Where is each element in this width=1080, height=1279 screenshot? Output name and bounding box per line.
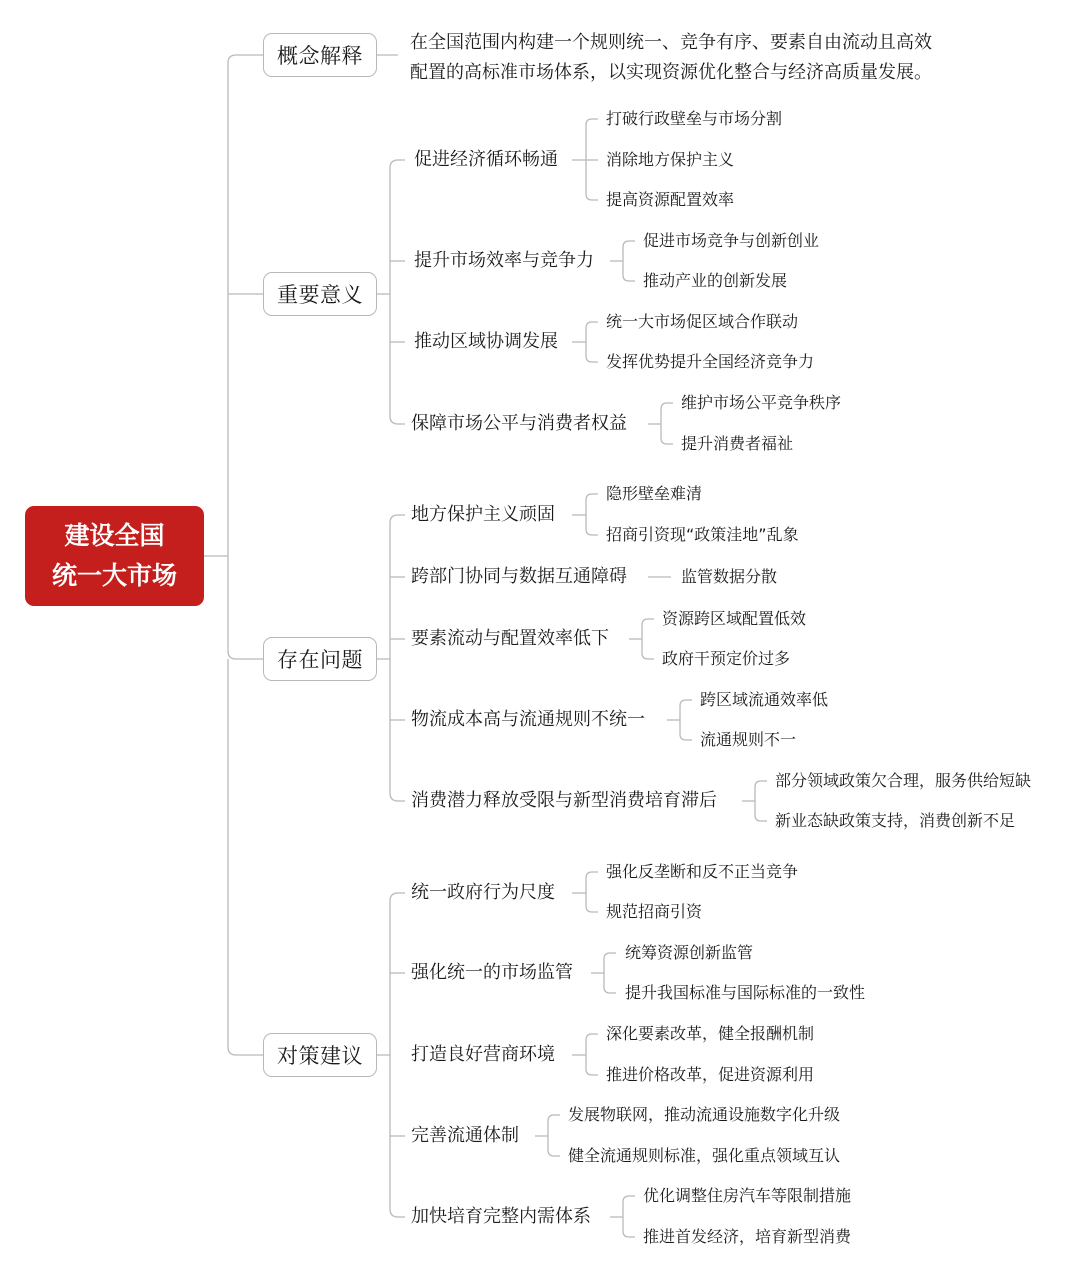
subtopic-node[interactable]: 统一政府行为尺度: [411, 882, 555, 904]
leaf-node[interactable]: 发展物联网，推动流通设施数字化升级: [568, 1105, 840, 1125]
leaf-node[interactable]: 资源跨区域配置低效: [662, 609, 806, 629]
subtopic-node[interactable]: 推动区域协调发展: [414, 331, 558, 353]
concept-description-line1: 在全国范围内构建一个规则统一、竞争有序、要素自由流动且高效: [410, 28, 932, 58]
branch-significance[interactable]: 重要意义: [263, 272, 377, 316]
subtopic-node[interactable]: 消费潜力释放受限与新型消费培育滞后: [411, 790, 717, 812]
leaf-node[interactable]: 发挥优势提升全国经济竞争力: [606, 352, 814, 372]
leaf-node[interactable]: 推进首发经济，培育新型消费: [643, 1227, 851, 1247]
leaf-node[interactable]: 流通规则不一: [700, 730, 796, 750]
subtopic-node[interactable]: 完善流通体制: [411, 1125, 519, 1147]
leaf-node[interactable]: 推动产业的创新发展: [643, 271, 787, 291]
concept-description: 在全国范围内构建一个规则统一、竞争有序、要素自由流动且高效 配置的高标准市场体系…: [410, 28, 932, 88]
branch-problems[interactable]: 存在问题: [263, 637, 377, 681]
subtopic-node[interactable]: 加快培育完整内需体系: [411, 1206, 591, 1228]
branch-countermeasures[interactable]: 对策建议: [263, 1033, 377, 1077]
leaf-node[interactable]: 提升消费者福祉: [681, 434, 793, 454]
leaf-node[interactable]: 隐形壁垒难清: [606, 484, 702, 504]
leaf-node[interactable]: 强化反垄断和反不正当竞争: [606, 862, 798, 882]
leaf-node[interactable]: 监管数据分散: [681, 567, 777, 587]
root-title-line2: 统一大市场: [25, 556, 204, 596]
leaf-node[interactable]: 消除地方保护主义: [606, 150, 734, 170]
leaf-node[interactable]: 优化调整住房汽车等限制措施: [643, 1186, 851, 1206]
mind-map: 建设全国 统一大市场 概念解释 在全国范围内构建一个规则统一、竞争有序、要素自由…: [0, 0, 1080, 1279]
subtopic-node[interactable]: 要素流动与配置效率低下: [411, 628, 609, 650]
leaf-node[interactable]: 促进市场竞争与创新创业: [643, 231, 819, 251]
subtopic-node[interactable]: 打造良好营商环境: [411, 1044, 555, 1066]
subtopic-node[interactable]: 提升市场效率与竞争力: [414, 250, 594, 272]
leaf-node[interactable]: 招商引资现“政策洼地”乱象: [606, 525, 799, 545]
branch-concept[interactable]: 概念解释: [263, 33, 377, 77]
subtopic-node[interactable]: 促进经济循环畅通: [414, 149, 558, 171]
subtopic-node[interactable]: 物流成本高与流通规则不统一: [411, 709, 645, 731]
root-title-line1: 建设全国: [25, 516, 204, 556]
subtopic-node[interactable]: 跨部门协同与数据互通障碍: [411, 566, 627, 588]
leaf-node[interactable]: 政府干预定价过多: [662, 649, 790, 669]
leaf-node[interactable]: 打破行政壁垒与市场分割: [606, 109, 782, 129]
leaf-node[interactable]: 深化要素改革，健全报酬机制: [606, 1024, 814, 1044]
root-node[interactable]: 建设全国 统一大市场: [25, 506, 204, 606]
leaf-node[interactable]: 跨区域流通效率低: [700, 690, 828, 710]
leaf-node[interactable]: 规范招商引资: [606, 902, 702, 922]
concept-description-line2: 配置的高标准市场体系，以实现资源优化整合与经济高质量发展。: [410, 58, 932, 88]
leaf-node[interactable]: 统筹资源创新监管: [625, 943, 753, 963]
subtopic-node[interactable]: 强化统一的市场监管: [411, 962, 573, 984]
leaf-node[interactable]: 提高资源配置效率: [606, 190, 734, 210]
leaf-node[interactable]: 健全流通规则标准，强化重点领域互认: [568, 1146, 840, 1166]
leaf-node[interactable]: 提升我国标准与国际标准的一致性: [625, 983, 865, 1003]
leaf-node[interactable]: 部分领域政策欠合理，服务供给短缺: [775, 771, 1031, 791]
subtopic-node[interactable]: 地方保护主义顽固: [411, 504, 555, 526]
leaf-node[interactable]: 新业态缺政策支持，消费创新不足: [775, 811, 1015, 831]
leaf-node[interactable]: 维护市场公平竞争秩序: [681, 393, 841, 413]
subtopic-node[interactable]: 保障市场公平与消费者权益: [411, 413, 627, 435]
leaf-node[interactable]: 统一大市场促区域合作联动: [606, 312, 798, 332]
leaf-node[interactable]: 推进价格改革，促进资源利用: [606, 1065, 814, 1085]
